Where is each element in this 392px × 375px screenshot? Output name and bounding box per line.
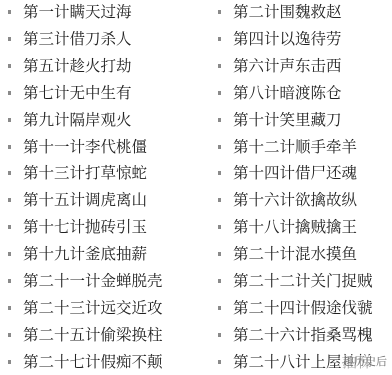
list-item-label: 第二十五计偷梁换柱 xyxy=(23,322,163,348)
list-item-label: 第三计借刀杀人 xyxy=(23,26,132,52)
bullet-icon xyxy=(8,306,11,310)
bullet-icon xyxy=(8,360,11,364)
bullet-icon xyxy=(218,225,221,229)
watermark: 趣历史后 xyxy=(342,355,388,369)
bullet-icon xyxy=(218,333,221,337)
bullet-icon xyxy=(8,10,11,14)
list-item-label: 第二十二计关门捉贼 xyxy=(233,268,373,294)
list-item-label: 第七计无中生有 xyxy=(23,80,132,106)
bullet-icon xyxy=(218,118,221,122)
list-item-label: 第六计声东击西 xyxy=(233,53,342,79)
bullet-icon xyxy=(218,306,221,310)
list-item-label: 第十计笑里藏刀 xyxy=(233,107,342,133)
bullet-icon xyxy=(8,64,11,68)
bullet-icon xyxy=(218,37,221,41)
bullet-icon xyxy=(8,91,11,95)
bullet-icon xyxy=(218,171,221,175)
bullet-icon xyxy=(218,64,221,68)
bullet-icon xyxy=(8,198,11,202)
list-item-label: 第十二计顺手牵羊 xyxy=(233,134,357,160)
bullet-icon xyxy=(8,252,11,256)
bullet-icon xyxy=(218,91,221,95)
list-item-label: 第十六计欲擒故纵 xyxy=(233,187,357,213)
list-item-label: 第一计瞒天过海 xyxy=(23,0,132,25)
list-item-label: 第十四计借尸还魂 xyxy=(233,160,357,186)
list-item-label: 第十五计调虎离山 xyxy=(23,187,147,213)
list-item-label: 第二计围魏救赵 xyxy=(233,0,342,25)
bullet-icon xyxy=(8,37,11,41)
bullet-icon xyxy=(8,171,11,175)
list-item-label: 第二十计混水摸鱼 xyxy=(233,241,357,267)
list-item-label: 第二十三计远交近攻 xyxy=(23,295,163,321)
bullet-icon xyxy=(218,279,221,283)
list-item-label: 第四计以逸待劳 xyxy=(233,26,342,52)
bullet-icon xyxy=(8,333,11,337)
bullet-icon xyxy=(8,145,11,149)
list-item-label: 第二十四计假途伐虢 xyxy=(233,295,373,321)
list-item-label: 第十八计擒贼擒王 xyxy=(233,214,357,240)
bullet-icon xyxy=(8,118,11,122)
bullet-icon xyxy=(8,279,11,283)
list-item-label: 第二十七计假痴不颠 xyxy=(23,349,163,375)
list-item-label: 第十九计釜底抽薪 xyxy=(23,241,147,267)
list-item-label: 第八计暗渡陈仓 xyxy=(233,80,342,106)
bullet-icon xyxy=(218,252,221,256)
list-item-label: 第九计隔岸观火 xyxy=(23,107,132,133)
bullet-icon xyxy=(8,225,11,229)
bullet-icon xyxy=(218,360,221,364)
list-item-label: 第五计趁火打劫 xyxy=(23,53,132,79)
list-item-label: 第十一计李代桃僵 xyxy=(23,134,147,160)
list-item-label: 第二十一计金蝉脱壳 xyxy=(23,268,163,294)
list-item-label: 第十三计打草惊蛇 xyxy=(23,160,147,186)
bullet-icon xyxy=(218,10,221,14)
list-item-label: 第二十六计指桑骂槐 xyxy=(233,322,373,348)
list-item-label: 第十七计抛砖引玉 xyxy=(23,214,147,240)
bullet-icon xyxy=(218,198,221,202)
bullet-icon xyxy=(218,145,221,149)
